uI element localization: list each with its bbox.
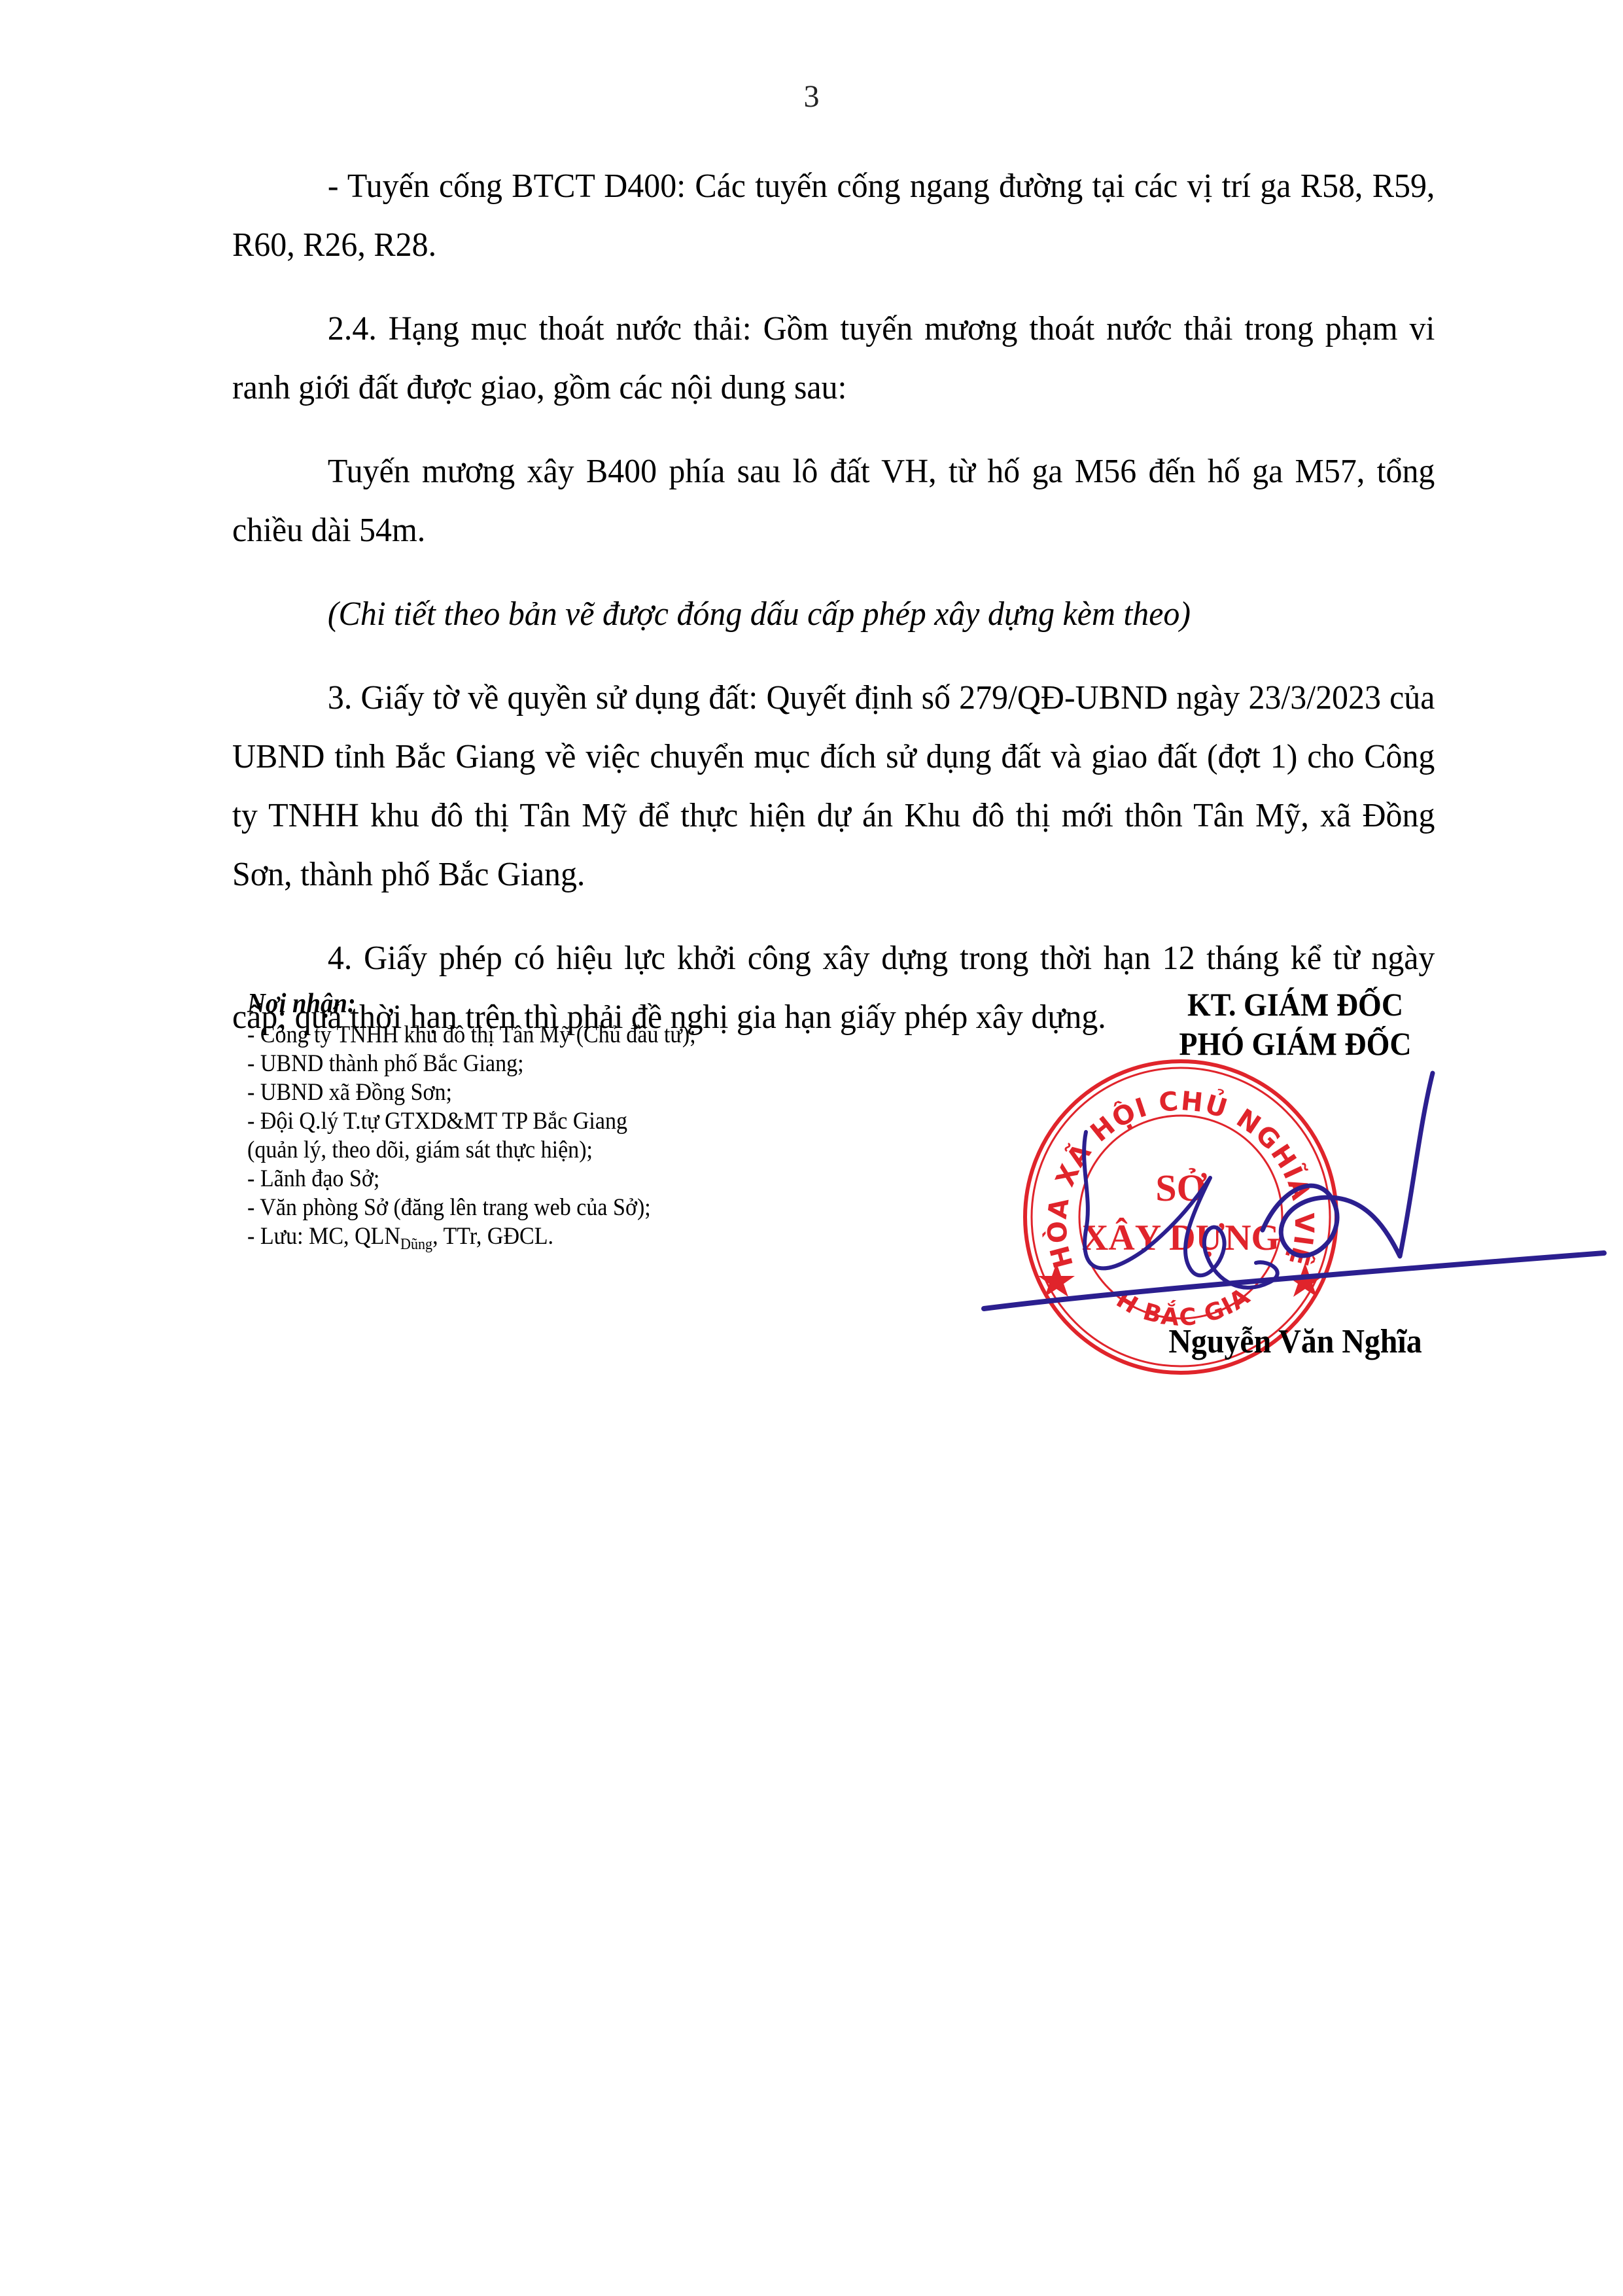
signer-name: Nguyễn Văn Nghĩa (1006, 1322, 1584, 1362)
recipients-heading: Nơi nhận: (247, 987, 879, 1021)
recipient-item: - Văn phòng Sở (đăng lên trang web của S… (247, 1193, 879, 1222)
recipient-item: - UBND thành phố Bắc Giang; (247, 1050, 879, 1078)
paragraph-drawing-note: (Chi tiết theo bản vẽ được đóng dấu cấp … (232, 585, 1435, 644)
handwritten-signature-icon (981, 1034, 1609, 1348)
archive-subscript: Dũng (400, 1236, 432, 1253)
paragraph-wastewater-drainage: 2.4. Hạng mục thoát nước thải: Gồm tuyến… (232, 300, 1435, 417)
page-number: 3 (0, 79, 1623, 115)
recipient-item: - Lãnh đạo Sở; (247, 1165, 879, 1193)
recipient-item-archive: - Lưu: MC, QLNDũng, TTr, GĐCL. (247, 1222, 879, 1251)
recipient-item: - Đội Q.lý T.tự GTXD&MT TP Bắc Giang (247, 1107, 879, 1136)
archive-prefix: - Lưu: MC, QLN (247, 1223, 400, 1250)
recipient-item: - UBND xã Đồng Sơn; (247, 1078, 879, 1107)
signature-title-line1: KT. GIÁM ĐỐC (1006, 985, 1584, 1024)
archive-suffix: , TTr, GĐCL. (432, 1223, 553, 1250)
recipient-item: - Công ty TNHH khu đô thị Tân Mỹ (Chủ đầ… (247, 1021, 879, 1050)
recipient-item: (quản lý, theo dõi, giám sát thực hiện); (247, 1136, 879, 1165)
document-body: - Tuyến cống BTCT D400: Các tuyến cống n… (232, 157, 1435, 1072)
paragraph-land-use-documents: 3. Giấy tờ về quyền sử dụng đất: Quyết đ… (232, 669, 1435, 904)
paragraph-b400-channel: Tuyến mương xây B400 phía sau lô đất VH,… (232, 442, 1435, 560)
recipients-block: Nơi nhận: - Công ty TNHH khu đô thị Tân … (247, 987, 879, 1251)
paragraph-culvert-d400: - Tuyến cống BTCT D400: Các tuyến cống n… (232, 157, 1435, 275)
signature-block: KT. GIÁM ĐỐC CỘNG HÒA XÃ HỘI CHỦ NGHĨA V… (981, 968, 1609, 1400)
